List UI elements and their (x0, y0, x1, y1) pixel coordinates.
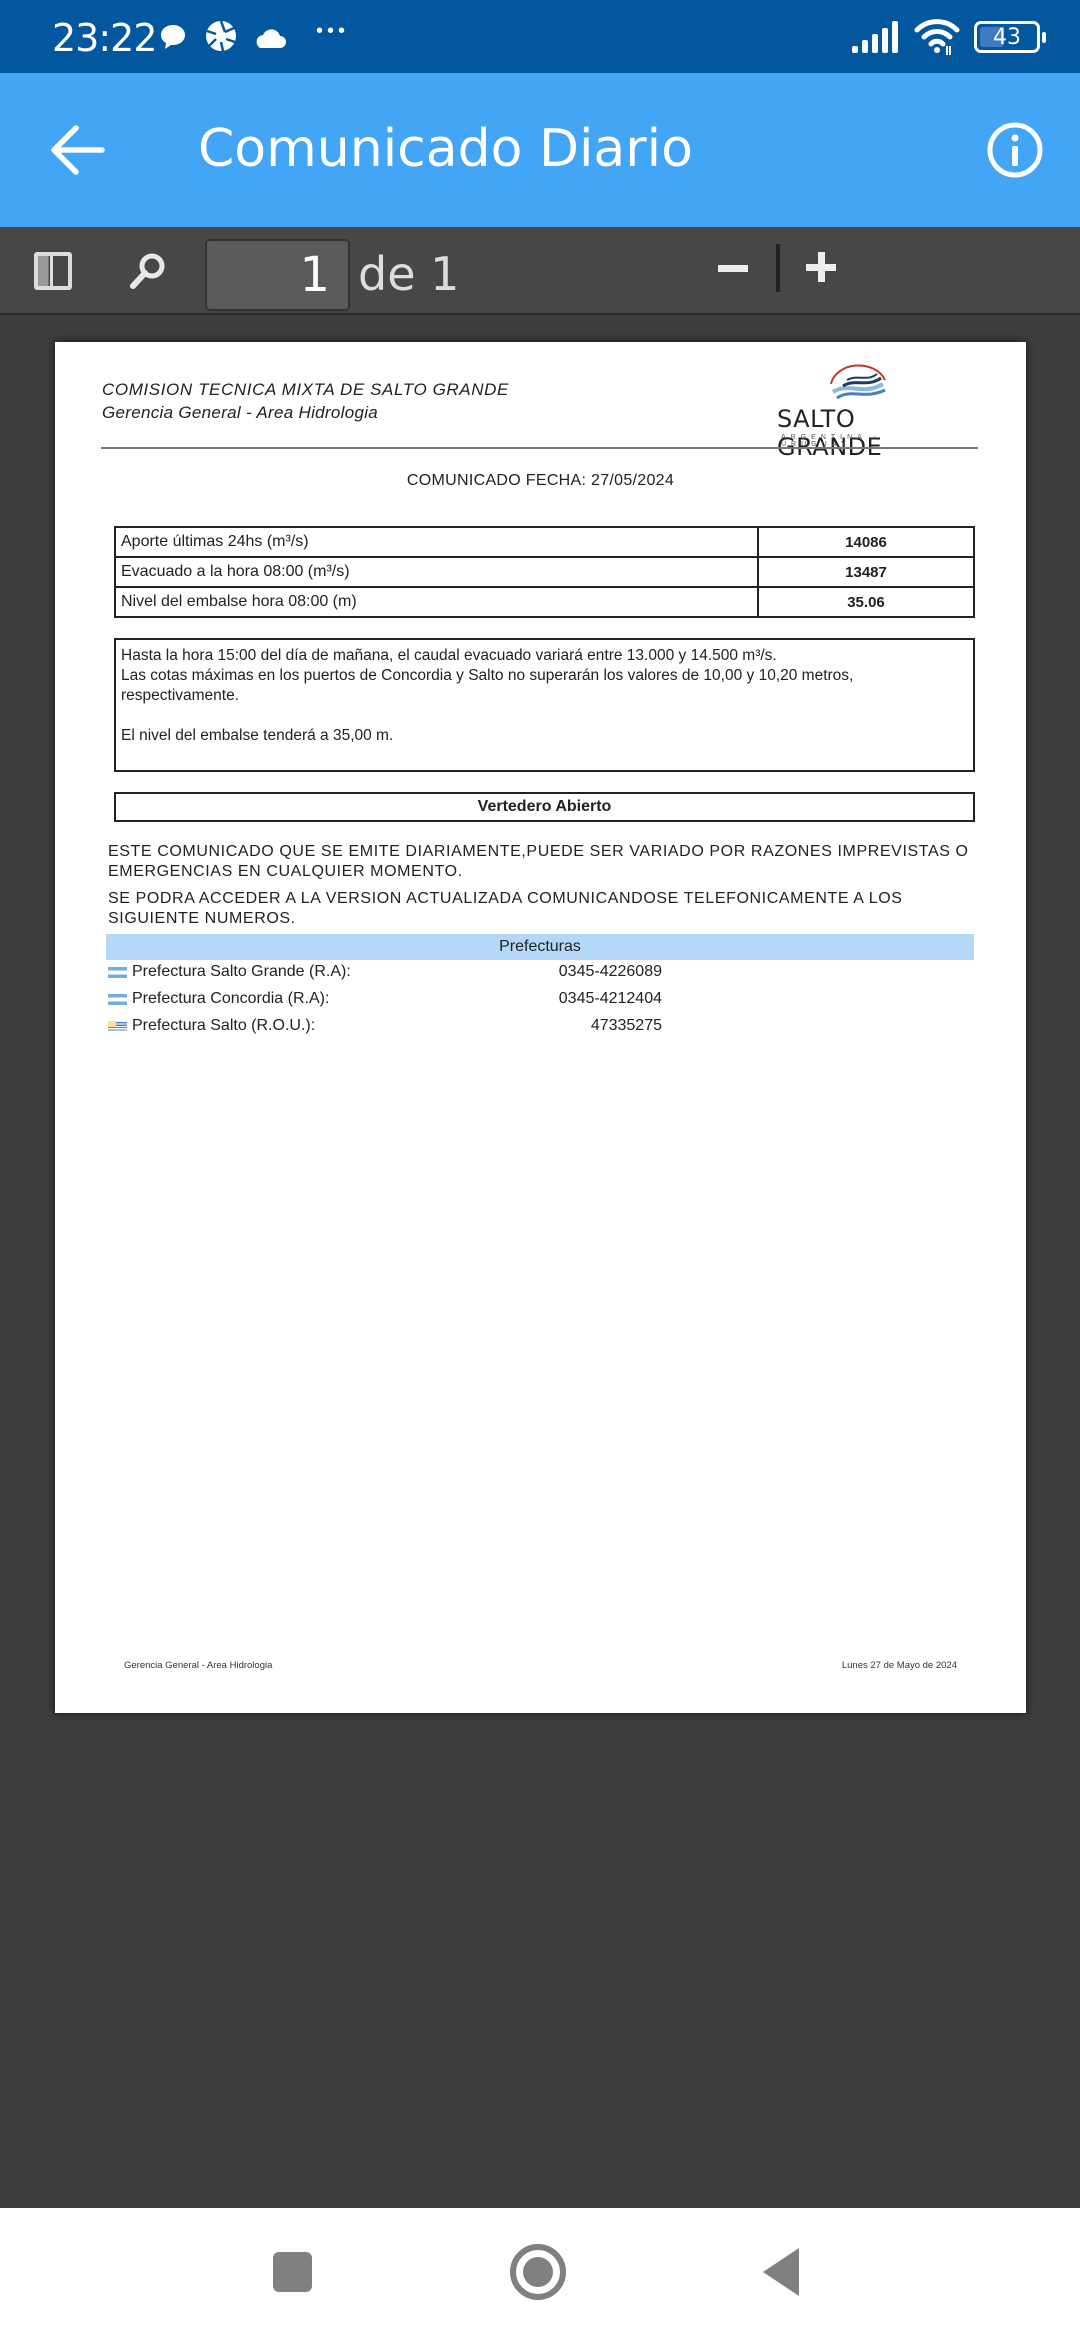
logo-brand: SALTO GRANDE (777, 405, 955, 461)
signal-icon (850, 20, 900, 54)
header-divider (101, 447, 978, 449)
organization-name: COMISION TECNICA MIXTA DE SALTO GRANDE (102, 380, 509, 400)
prefectura-phone[interactable]: 47335275 (408, 1013, 708, 1039)
list-item: Prefectura Concordia (R.A): 0345-4212404 (108, 986, 708, 1012)
notice-line: Las cotas máximas en los puertos de Conc… (121, 666, 968, 706)
notice-line: Hasta la hora 15:00 del día de mañana, e… (121, 646, 968, 666)
spillway-status: Vertedero Abierto (114, 792, 975, 822)
zoom-in-button[interactable] (806, 252, 836, 282)
list-item: Prefectura Salto Grande (R.A): 0345-4226… (108, 959, 708, 985)
table-row: Nivel del embalse hora 08:00 (m) 35.06 (115, 587, 974, 617)
info-icon[interactable] (986, 121, 1044, 179)
toolbar-separator (776, 244, 780, 292)
back-button[interactable] (763, 2248, 799, 2296)
zoom-out-button[interactable] (718, 265, 748, 272)
aperture-icon (203, 18, 239, 54)
argentina-flag-icon (108, 994, 127, 1005)
status-time: 23:22 (52, 16, 157, 60)
logo-subtitle: ARGENTINA - URUGUAY (781, 434, 955, 448)
notice-line: El nivel del embalse tenderá a 35,00 m. (121, 726, 968, 746)
app-bar: Comunicado Diario (0, 73, 1080, 227)
measurements-table: Aporte últimas 24hs (m³/s) 14086 Evacuad… (114, 526, 975, 618)
battery-icon: 43 (974, 21, 1040, 53)
more-dots-icon: ••• (316, 20, 349, 43)
measurement-value: 13487 (758, 557, 974, 587)
prefectura-name: Prefectura Salto (R.O.U.): (132, 1013, 315, 1039)
page-number-input[interactable]: 1 (205, 239, 350, 311)
measurement-value: 14086 (758, 527, 974, 557)
disclaimer-text: SE PODRA ACCEDER A LA VERSION ACTUALIZAD… (108, 889, 978, 929)
system-nav-bar (0, 2208, 1080, 2340)
communique-date: COMUNICADO FECHA: 27/05/2024 (55, 472, 1026, 490)
prefecturas-header: Prefecturas (106, 934, 974, 960)
waves-logo-icon (823, 362, 893, 406)
chat-bubble-icon (158, 22, 188, 52)
sidebar-toggle-icon[interactable] (34, 252, 72, 290)
list-item: Prefectura Salto (R.O.U.): 47335275 (108, 1013, 708, 1039)
prefectura-phone[interactable]: 0345-4212404 (408, 986, 708, 1012)
footer-date: Lunes 27 de Mayo de 2024 (842, 1660, 957, 1671)
pdf-toolbar: 1 de 1 (0, 227, 1080, 315)
back-arrow-icon[interactable] (50, 123, 106, 177)
department-name: Gerencia General - Area Hidrologia (102, 403, 378, 423)
app-title: Comunicado Diario (198, 119, 693, 179)
argentina-flag-icon (108, 967, 127, 978)
uruguay-flag-icon (108, 1021, 127, 1032)
measurement-label: Aporte últimas 24hs (m³/s) (115, 527, 758, 557)
pdf-viewer[interactable]: COMISION TECNICA MIXTA DE SALTO GRANDE G… (0, 315, 1080, 2208)
battery-level: 43 (993, 25, 1021, 50)
measurement-value: 35.06 (758, 587, 974, 617)
status-bar: 23:22 ••• 43 (0, 0, 1080, 73)
prefectura-phone[interactable]: 0345-4226089 (408, 959, 708, 985)
search-icon[interactable] (128, 251, 168, 291)
wifi-icon (914, 18, 960, 56)
table-row: Evacuado a la hora 08:00 (m³/s) 13487 (115, 557, 974, 587)
prefectura-name: Prefectura Salto Grande (R.A): (132, 959, 351, 985)
recent-apps-button[interactable] (273, 2252, 312, 2292)
salto-grande-logo: SALTO GRANDE ARGENTINA - URUGUAY (765, 362, 955, 442)
disclaimer-text: ESTE COMUNICADO QUE SE EMITE DIARIAMENTE… (108, 842, 978, 882)
forecast-notice: Hasta la hora 15:00 del día de mañana, e… (114, 638, 975, 772)
footer-department: Gerencia General - Area Hidrologia (124, 1660, 272, 1671)
table-row: Aporte últimas 24hs (m³/s) 14086 (115, 527, 974, 557)
measurement-label: Evacuado a la hora 08:00 (m³/s) (115, 557, 758, 587)
measurement-label: Nivel del embalse hora 08:00 (m) (115, 587, 758, 617)
pdf-page: COMISION TECNICA MIXTA DE SALTO GRANDE G… (55, 342, 1026, 1713)
home-button[interactable] (510, 2244, 566, 2300)
cloud-icon (252, 26, 286, 50)
prefectura-name: Prefectura Concordia (R.A): (132, 986, 329, 1012)
page-count-label: de 1 (358, 247, 459, 301)
